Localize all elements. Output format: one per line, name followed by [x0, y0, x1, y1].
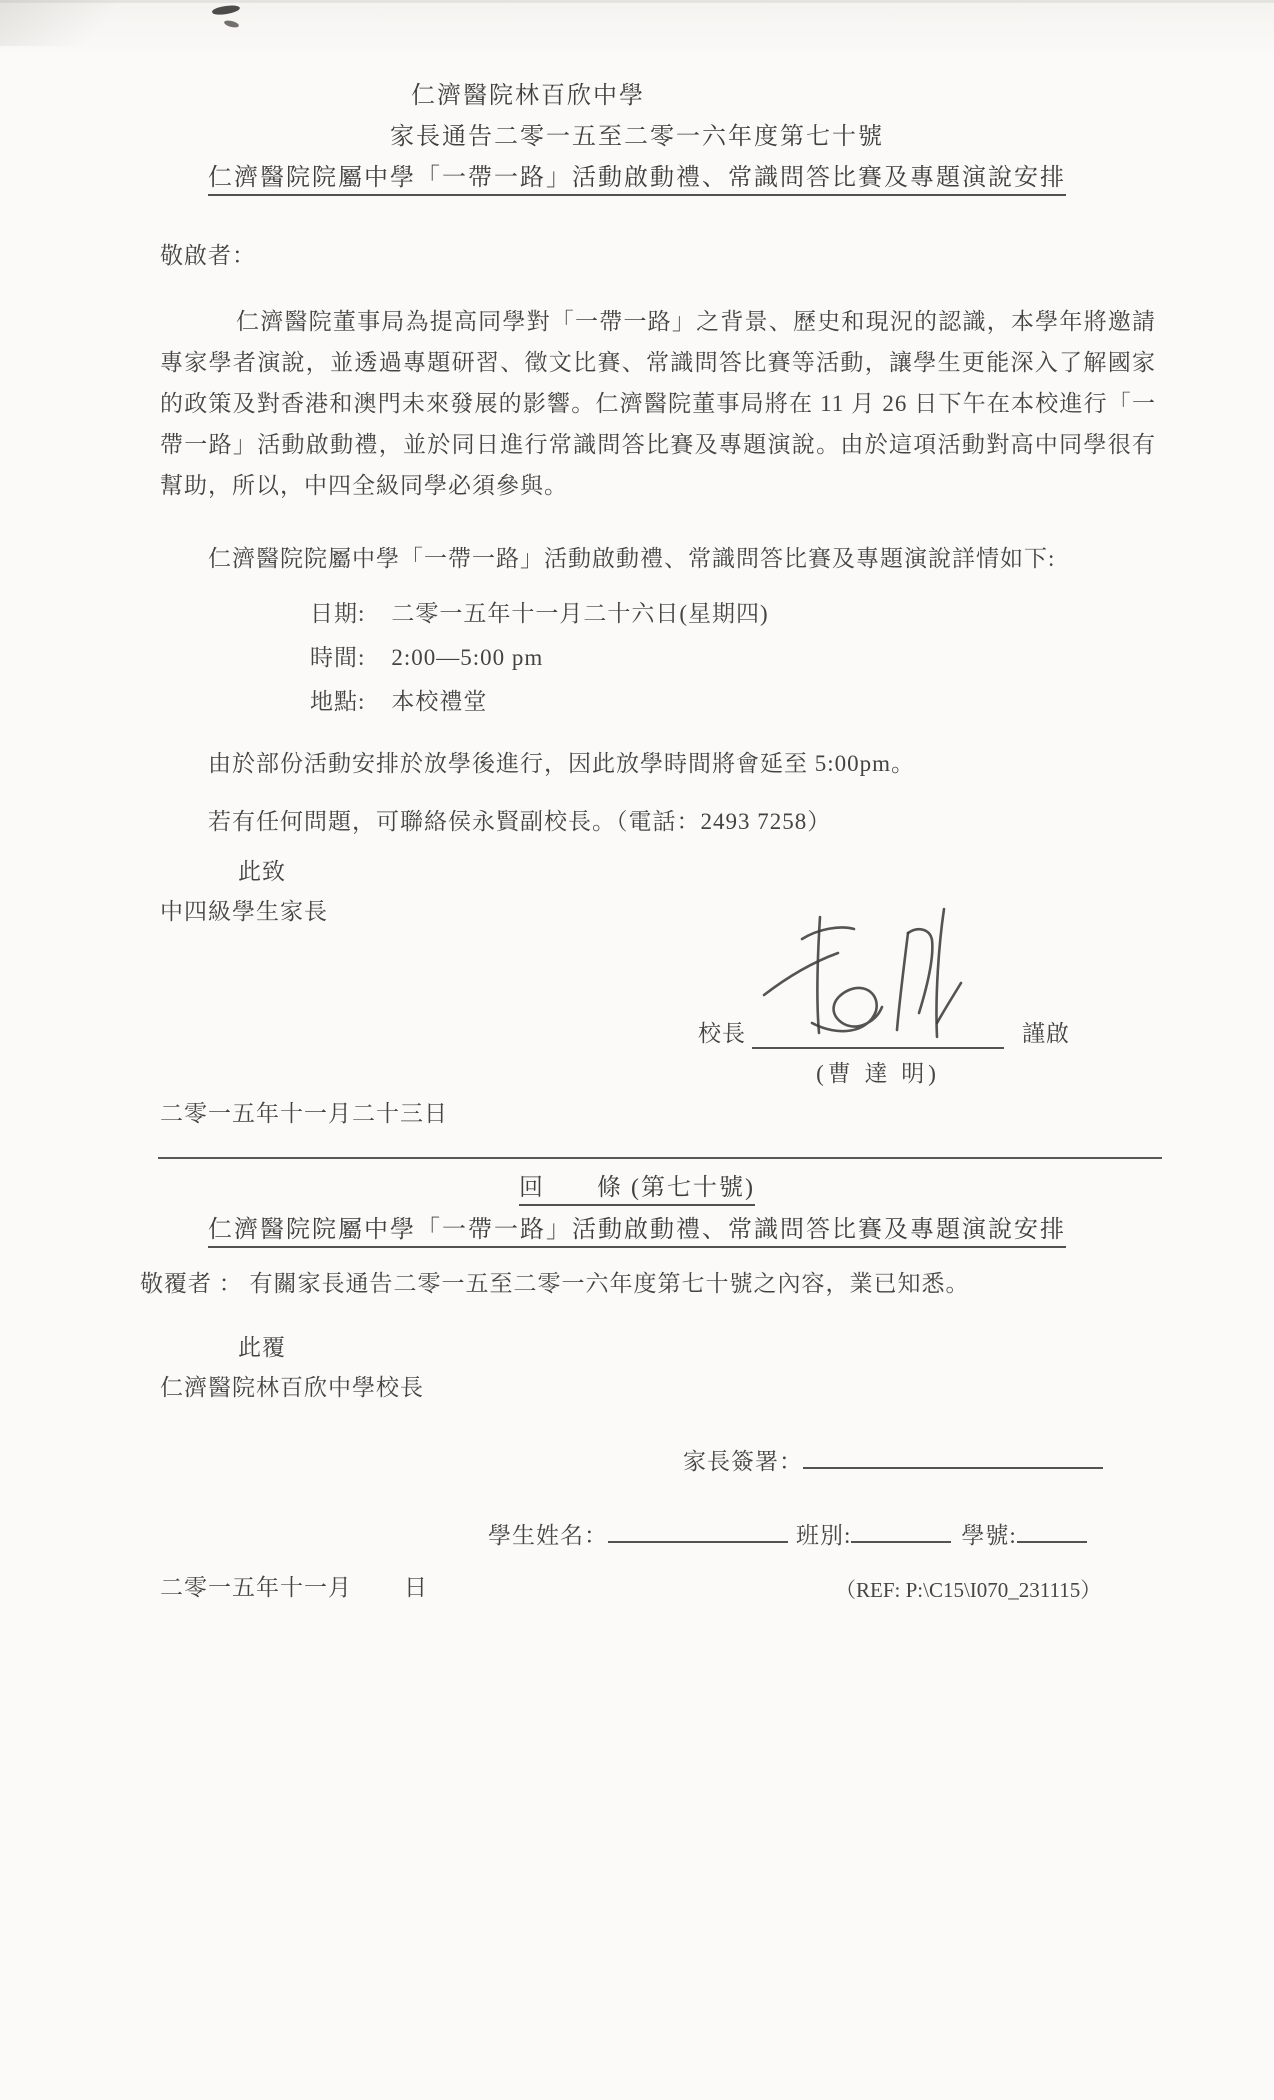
document-ref: （REF: P:\C15\I070_231115） — [835, 1574, 1101, 1604]
scan-edge-shadow — [0, 0, 1274, 3]
salutation: 敬啟者： — [160, 240, 256, 271]
parent-signature-row: 家長簽署： — [683, 1446, 1103, 1477]
student-name-blank — [608, 1537, 788, 1543]
reply-slip-title: 回 條 (第七十號) — [519, 1175, 755, 1206]
student-name-label: 學生姓名： — [488, 1523, 608, 1548]
detail-row-date: 日期: 二零一五年十一月二十六日(星期四) — [310, 598, 769, 629]
student-no-label: 學號: — [961, 1523, 1016, 1548]
scanned-notice-page: 仁濟醫院林百欣中學 家長通告二零一五至二零一六年度第七十號 仁濟醫院院屬中學「一… — [0, 0, 1274, 2100]
respect-label: 謹啟 — [1022, 1018, 1070, 1049]
parent-sign-label: 家長簽署： — [683, 1449, 803, 1474]
closing-cizhi: 此致 — [238, 856, 286, 887]
reply-slip-separator — [158, 1157, 1162, 1159]
detail-label-date: 日期: — [310, 601, 365, 626]
principal-label: 校長 — [698, 1018, 746, 1049]
student-info-row: 學生姓名： 班別: 學號: — [488, 1520, 1087, 1551]
detail-row-venue: 地點: 本校禮堂 — [310, 686, 487, 717]
scan-corner-smudge — [0, 0, 150, 46]
closing-addressee: 中四級學生家長 — [160, 896, 328, 927]
paragraph-intro: 仁濟醫院董事局為提高同學對「一帶一路」之背景、歷史和現況的認識，本學年將邀請專家… — [160, 301, 1156, 506]
school-name: 仁濟醫院林百欣中學 — [0, 80, 1056, 112]
class-label: 班別: — [796, 1523, 851, 1548]
reply-date-suffix: 日 — [404, 1575, 428, 1600]
parent-signature-blank — [803, 1463, 1103, 1469]
detail-label-time: 時間: — [310, 645, 365, 670]
scan-speck — [223, 19, 239, 28]
detail-value-date: 二零一五年十一月二十六日(星期四) — [391, 601, 768, 626]
detail-value-time: 2:00—5:00 pm — [391, 645, 543, 670]
class-blank — [851, 1537, 951, 1543]
reply-to-principal: 仁濟醫院林百欣中學校長 — [160, 1372, 424, 1403]
letter-date: 二零一五年十一月二十三日 — [160, 1098, 448, 1129]
notice-number-line: 家長通告二零一五至二零一六年度第七十號 — [0, 121, 1274, 153]
student-no-blank — [1017, 1537, 1087, 1543]
detail-value-venue: 本校禮堂 — [391, 689, 487, 714]
detail-label-venue: 地點: — [310, 689, 365, 714]
principal-signature — [756, 903, 1004, 1048]
detail-row-time: 時間: 2:00—5:00 pm — [310, 642, 543, 673]
paragraph-contact: 若有任何問題，可聯絡侯永賢副校長。（電話：2493 7258） — [208, 806, 831, 837]
principal-signature-line — [752, 1047, 1004, 1049]
notice-subject-title: 仁濟醫院院屬中學「一帶一路」活動啟動禮、常識問答比賽及專題演說安排 — [208, 165, 1066, 196]
reply-slip-subject: 仁濟醫院院屬中學「一帶一路」活動啟動禮、常識問答比賽及專題演說安排 — [208, 1217, 1066, 1248]
reply-acknowledgement: 敬覆者 ： 有關家長通告二零一五至二零一六年度第七十號之內容，業已知悉。 — [140, 1268, 970, 1299]
reply-cifu: 此覆 — [238, 1332, 286, 1363]
paragraph-details-intro: 仁濟醫院院屬中學「一帶一路」活動啟動禮、常識問答比賽及專題演說詳情如下: — [208, 543, 1055, 574]
scan-speck — [212, 4, 241, 17]
principal-name: (曹 達 明) — [752, 1058, 1004, 1089]
reply-date-prefix: 二零一五年十一月 — [160, 1575, 352, 1600]
reply-date-row: 二零一五年十一月日 — [160, 1572, 428, 1603]
paragraph-dismissal-time: 由於部份活動安排於放學後進行，因此放學時間將會延至 5:00pm。 — [208, 748, 915, 779]
